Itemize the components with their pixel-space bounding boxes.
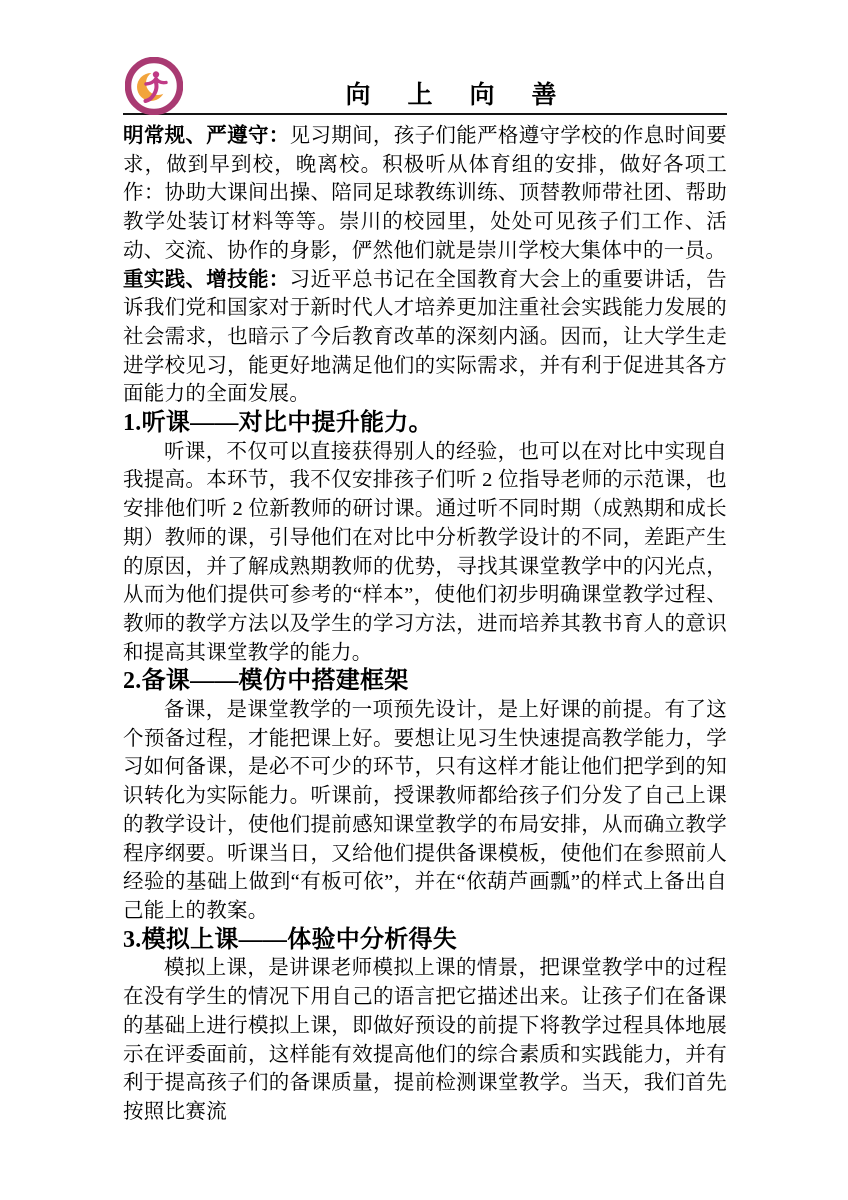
document-body: 明常规、严遵守：见习期间，孩子们能严格遵守学校的作息时间要求，做到早到校，晚离校… (123, 122, 727, 1127)
paragraph-lead-in: 明常规、严遵守： (123, 125, 290, 147)
paragraph-rules: 明常规、严遵守：见习期间，孩子们能严格遵守学校的作息时间要求，做到早到校，晚离校… (123, 122, 727, 266)
school-badge-icon (125, 57, 183, 115)
document-page: 向 上 向 善 明常规、严遵守：见习期间，孩子们能严格遵守学校的作息时间要求，做… (0, 0, 848, 1200)
paragraph-listening: 听课，不仅可以直接获得别人的经验，也可以在对比中实现自我提高。本环节，我不仅安排… (123, 438, 727, 668)
paragraph-mock-teaching: 模拟上课，是讲课老师模拟上课的情景，把课堂教学中的过程在没有学生的情况下用自己的… (123, 954, 727, 1126)
section-heading-2: 2.备课——模仿中搭建框架 (123, 667, 727, 696)
school-logo (125, 57, 183, 115)
paragraph-practice: 重实践、增技能：习近平总书记在全国教育大会上的重要讲话，告诉我们党和国家对于新时… (123, 266, 727, 410)
page-title: 向 上 向 善 (123, 56, 727, 108)
paragraph-lesson-prep: 备课，是课堂教学的一项预先设计，是上好课的前提。有了这个预备过程，才能把课上好。… (123, 696, 727, 926)
section-heading-3: 3.模拟上课——体验中分析得失 (123, 926, 727, 955)
paragraph-lead-in: 重实践、增技能： (123, 269, 290, 291)
section-heading-1: 1.听课——对比中提升能力。 (123, 409, 727, 438)
document-header: 向 上 向 善 (123, 56, 727, 115)
